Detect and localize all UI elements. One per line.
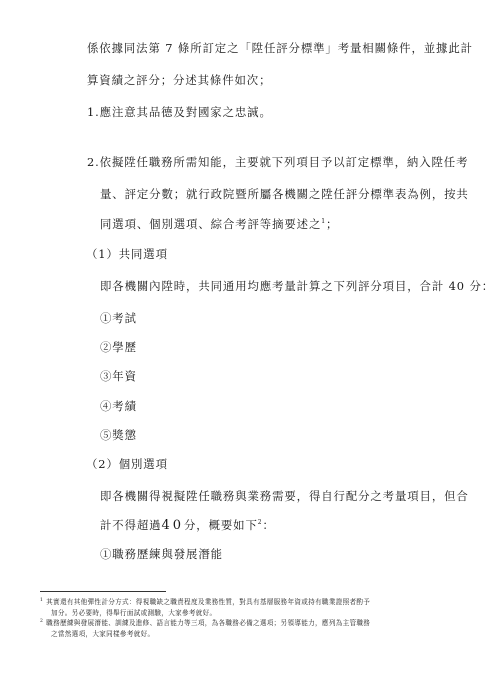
individual-desc-score: 40 <box>161 518 184 533</box>
paragraph-intro-line-1: 係依據同法第 7 條所訂定之「陞任評分標準」考量相關條件，並據此計 <box>87 41 473 55</box>
list-item-2-line-3: 同選項、個別選項、綜合考評等摘要述之1； <box>100 217 338 231</box>
footnote-2-text-1: 職務歷練與發展潛能、訓練及進修、語言能力等三項，為各職務必備之選項；另領導能力，… <box>46 619 370 627</box>
footnote-2-line-1: 2職務歷練與發展潛能、訓練及進修、語言能力等三項，為各職務必備之選項；另領導能力… <box>40 619 370 628</box>
individual-option-experience: ①職務歷練與發展潛能 <box>100 547 223 561</box>
individual-desc-tail: ： <box>262 518 274 532</box>
list-item-2-line-1: 2.依擬陞任職務所需知能，主要就下列項目予以訂定標準，納入陞任考 <box>87 155 468 169</box>
individual-options-description-line-1: 即各機關得視擬陞任職務與業務需要，得自行配分之考量項目，但合 <box>100 489 469 503</box>
footnote-1-line-1: 1其實還有其他彈性計分方式：得視職缺之職責程度及業務性質，對具有基層服務年資或持… <box>40 598 370 607</box>
common-option-performance: ④考績 <box>100 399 137 413</box>
paragraph-intro-line-2: 算資績之評分；分述其條件如次； <box>87 73 271 87</box>
individual-options-description-line-2: 計不得超過40分，概要如下2： <box>100 518 275 533</box>
footnote-1-text-1: 其實還有其他彈性計分方式：得視職缺之職責程度及業務性質，對具有基層服務年資或持有… <box>46 598 370 606</box>
common-option-education: ②學歷 <box>100 340 137 354</box>
footnote-2-line-2: 之當然選項，大家同樣參考就好。 <box>51 630 154 639</box>
footnote-1-line-2: 加分。另必要時，得舉行面試或測驗，大家參考就好。 <box>51 609 216 618</box>
individual-desc-post: 分，概要如下 <box>184 518 258 532</box>
common-options-description: 即各機關內陞時，共同通用均應考量計算之下列評分項目，合計 40 分： <box>100 279 494 293</box>
footnote-2-mark: 2 <box>40 619 43 624</box>
footnote-separator <box>40 591 166 592</box>
subheading-individual-options: （2）個別選項 <box>86 457 168 471</box>
subheading-common-options: （1）共同選項 <box>86 247 168 261</box>
common-option-exam: ①考試 <box>100 311 137 325</box>
list-item-2-line-3-text: 同選項、個別選項、綜合考評等摘要述之 <box>100 217 321 231</box>
list-item-2-line-3-tail: ； <box>326 217 338 231</box>
footnote-1-mark: 1 <box>40 598 43 603</box>
common-option-rewards: ⑤獎懲 <box>100 428 137 442</box>
individual-desc-pre: 計不得超過 <box>100 518 161 532</box>
list-item-1: 1.應注意其品德及對國家之忠誠。 <box>87 105 272 119</box>
common-option-seniority: ③年資 <box>100 369 137 383</box>
list-item-2-line-2: 量、評定分數；就行政院暨所屬各機關之陞任評分標準表為例，按共 <box>100 187 469 201</box>
